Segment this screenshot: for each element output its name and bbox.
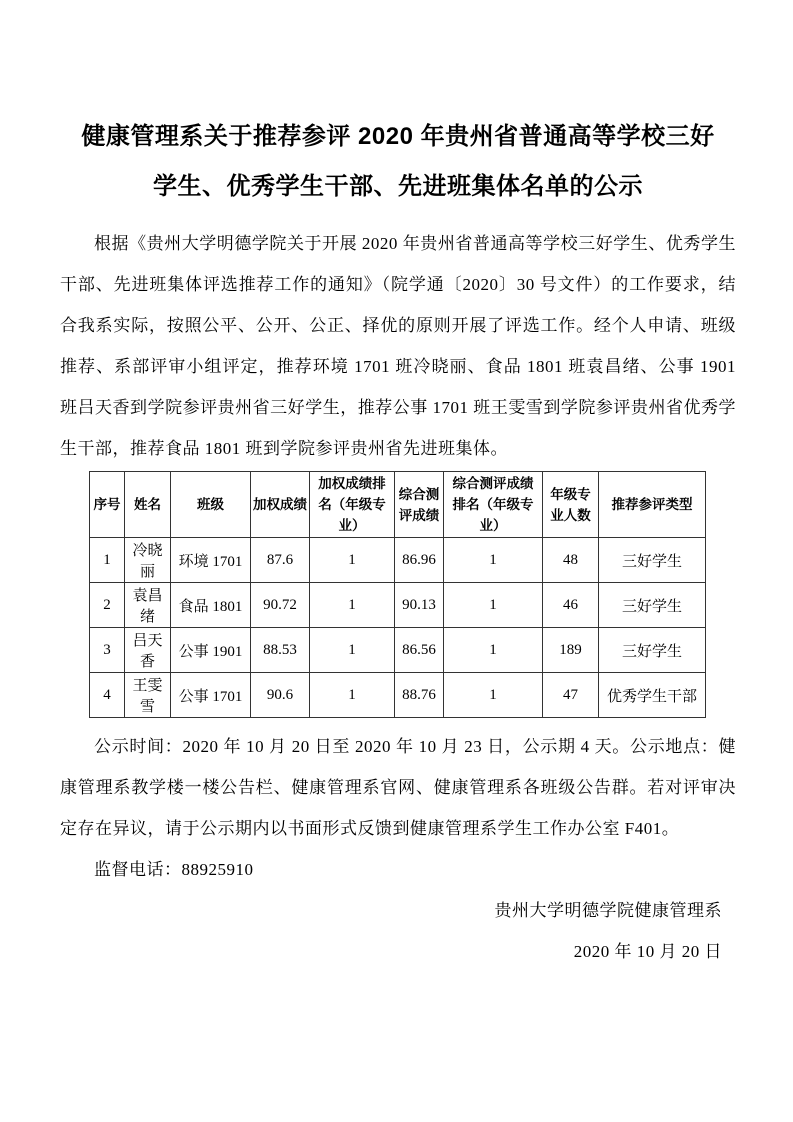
cell-index: 3 bbox=[90, 628, 125, 673]
col-header-eval-rank: 综合测评成绩排名（年级专业） bbox=[444, 472, 543, 538]
col-header-eval-score: 综合测评成绩 bbox=[395, 472, 444, 538]
cell-class: 环境 1701 bbox=[171, 538, 251, 583]
cell-award-type: 三好学生 bbox=[599, 583, 706, 628]
cell-eval-score: 86.56 bbox=[395, 628, 444, 673]
cell-award-type: 优秀学生干部 bbox=[599, 673, 706, 718]
cell-eval-rank: 1 bbox=[444, 673, 543, 718]
supervision-phone-line: 监督电话：88925910 bbox=[60, 849, 736, 890]
cell-name: 冷晓丽 bbox=[125, 538, 171, 583]
cell-weighted-rank: 1 bbox=[310, 583, 395, 628]
col-header-class: 班级 bbox=[171, 472, 251, 538]
cell-weighted-rank: 1 bbox=[310, 673, 395, 718]
cell-award-type: 三好学生 bbox=[599, 538, 706, 583]
document-page: 健康管理系关于推荐参评 2020 年贵州省普通高等学校三好学生、优秀学生干部、先… bbox=[0, 0, 793, 1122]
cell-cohort-size: 48 bbox=[543, 538, 599, 583]
cell-cohort-size: 189 bbox=[543, 628, 599, 673]
cell-weighted-score: 90.72 bbox=[251, 583, 310, 628]
cell-cohort-size: 46 bbox=[543, 583, 599, 628]
award-recommendation-table: 序号 姓名 班级 加权成绩 加权成绩排名（年级专业） 综合测评成绩 综合测评成绩… bbox=[89, 471, 706, 718]
cell-index: 2 bbox=[90, 583, 125, 628]
col-header-weighted-score: 加权成绩 bbox=[251, 472, 310, 538]
cell-eval-score: 86.96 bbox=[395, 538, 444, 583]
document-title: 健康管理系关于推荐参评 2020 年贵州省普通高等学校三好学生、优秀学生干部、先… bbox=[71, 112, 726, 212]
cell-name: 袁昌绪 bbox=[125, 583, 171, 628]
table-row: 4 王雯雪 公事 1701 90.6 1 88.76 1 47 优秀学生干部 bbox=[90, 673, 706, 718]
table-row: 2 袁昌绪 食品 1801 90.72 1 90.13 1 46 三好学生 bbox=[90, 583, 706, 628]
cell-eval-score: 88.76 bbox=[395, 673, 444, 718]
signature-line: 贵州大学明德学院健康管理系 bbox=[60, 890, 736, 931]
cell-weighted-score: 90.6 bbox=[251, 673, 310, 718]
date-line: 2020 年 10 月 20 日 bbox=[60, 931, 736, 972]
cell-weighted-rank: 1 bbox=[310, 538, 395, 583]
cell-class: 食品 1801 bbox=[171, 583, 251, 628]
cell-award-type: 三好学生 bbox=[599, 628, 706, 673]
cell-eval-rank: 1 bbox=[444, 583, 543, 628]
col-header-name: 姓名 bbox=[125, 472, 171, 538]
cell-name: 王雯雪 bbox=[125, 673, 171, 718]
cell-index: 4 bbox=[90, 673, 125, 718]
cell-eval-score: 90.13 bbox=[395, 583, 444, 628]
cell-eval-rank: 1 bbox=[444, 628, 543, 673]
col-header-weighted-rank: 加权成绩排名（年级专业） bbox=[310, 472, 395, 538]
cell-weighted-rank: 1 bbox=[310, 628, 395, 673]
cell-name: 吕天香 bbox=[125, 628, 171, 673]
table-header-row: 序号 姓名 班级 加权成绩 加权成绩排名（年级专业） 综合测评成绩 综合测评成绩… bbox=[90, 472, 706, 538]
col-header-award-type: 推荐参评类型 bbox=[599, 472, 706, 538]
col-header-cohort-size: 年级专业人数 bbox=[543, 472, 599, 538]
col-header-index: 序号 bbox=[90, 472, 125, 538]
cell-weighted-score: 87.6 bbox=[251, 538, 310, 583]
cell-class: 公事 1701 bbox=[171, 673, 251, 718]
notice-paragraph: 公示时间：2020 年 10 月 20 日至 2020 年 10 月 23 日，… bbox=[60, 726, 736, 849]
table-row: 1 冷晓丽 环境 1701 87.6 1 86.96 1 48 三好学生 bbox=[90, 538, 706, 583]
cell-class: 公事 1901 bbox=[171, 628, 251, 673]
document-content: 健康管理系关于推荐参评 2020 年贵州省普通高等学校三好学生、优秀学生干部、先… bbox=[0, 0, 793, 972]
cell-eval-rank: 1 bbox=[444, 538, 543, 583]
cell-weighted-score: 88.53 bbox=[251, 628, 310, 673]
cell-index: 1 bbox=[90, 538, 125, 583]
cell-cohort-size: 47 bbox=[543, 673, 599, 718]
intro-paragraph: 根据《贵州大学明德学院关于开展 2020 年贵州省普通高等学校三好学生、优秀学生… bbox=[60, 223, 736, 469]
table-row: 3 吕天香 公事 1901 88.53 1 86.56 1 189 三好学生 bbox=[90, 628, 706, 673]
